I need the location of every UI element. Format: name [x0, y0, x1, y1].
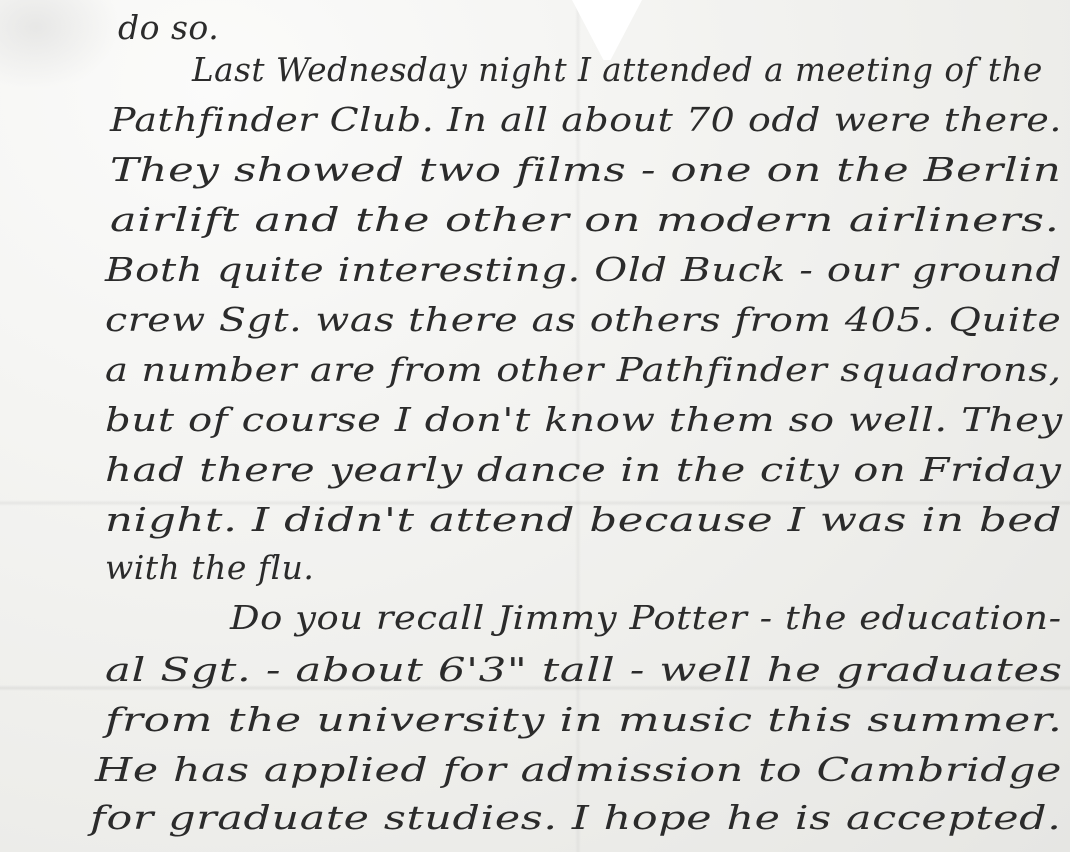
letter-line: night. I didn't attend because I was in … [105, 500, 1062, 539]
letter-line: for graduate studies. I hope he is accep… [90, 798, 1061, 837]
handwritten-letter: do so. Last Wednesday night I attended a… [0, 0, 1070, 852]
letter-line: Both quite interesting. Old Buck - our g… [105, 250, 1062, 289]
letter-line: airlift and the other on modern airliner… [110, 200, 1060, 239]
letter-line: They showed two films - one on the Berli… [110, 150, 1061, 189]
letter-line: do so. [118, 8, 219, 47]
letter-line: Last Wednesday night I attended a meetin… [192, 50, 1062, 89]
letter-line: a number are from other Pathfinder squad… [105, 350, 1062, 389]
letter-line: He has applied for admission to Cambridg… [95, 750, 1062, 789]
letter-line: Pathfinder Club. In all about 70 odd wer… [110, 100, 1062, 139]
letter-line: had there yearly dance in the city on Fr… [105, 450, 1062, 489]
letter-line: with the flu. [105, 548, 314, 587]
letter-line: but of course I don't know them so well.… [105, 400, 1063, 439]
letter-line: al Sgt. - about 6'3" tall - well he grad… [105, 650, 1063, 689]
letter-line: from the university in music this summer… [105, 700, 1063, 739]
letter-line: Do you recall Jimmy Potter - the educati… [230, 598, 1062, 637]
letter-line: crew Sgt. was there as others from 405. … [105, 300, 1061, 339]
